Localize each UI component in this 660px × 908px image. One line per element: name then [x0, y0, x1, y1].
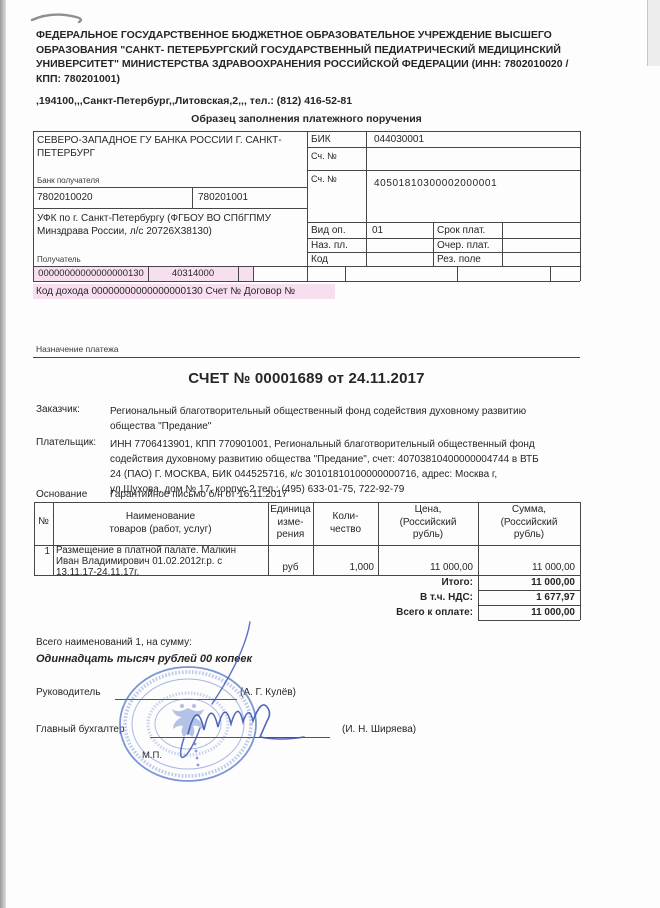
scan-pen-mark: [28, 8, 98, 30]
platelshik-text: ИНН 7706413901, КПП 770901001, Региональ…: [110, 437, 550, 497]
director-label: Руководитель: [36, 687, 100, 700]
org-name: ФЕДЕРАЛЬНОЕ ГОСУДАРСТВЕННОЕ БЮДЖЕТНОЕ ОБ…: [36, 28, 581, 86]
total-value-itogo: 11 000,00: [480, 577, 575, 590]
corr-acc-label: Сч. №: [311, 151, 337, 163]
col-header-price: Цена, (Российский рубль): [378, 504, 478, 542]
naznachenie-label: Назначение платежа: [36, 344, 119, 355]
bank-label: Банк получателя: [37, 176, 99, 186]
bik-value: 044030001: [374, 134, 424, 147]
scanned-invoice-page: ФЕДЕРАЛЬНОЕ ГОСУДАРСТВЕННОЕ БЮДЖЕТНОЕ ОБ…: [0, 0, 660, 908]
item-sum: 11 000,00: [478, 562, 575, 575]
naz-pl-label: Наз. пл.: [311, 240, 348, 253]
signature-ink: [100, 612, 420, 790]
osnovanie-text: Гарантийное письмо б/н от 16.11.2017: [110, 489, 287, 502]
zakazchik-label: Заказчик:: [36, 404, 80, 417]
item-unit: руб: [268, 562, 313, 575]
bik-label: БИК: [311, 134, 331, 147]
total-value-vsego: 11 000,00: [480, 607, 575, 620]
item-qty: 1,000: [313, 562, 374, 575]
bank-name: СЕВЕРО-ЗАПАДНОЕ ГУ БАНКА РОССИИ Г. САНКТ…: [37, 135, 299, 160]
col-header-sum: Сумма, (Российский рубль): [478, 504, 580, 542]
acc-value: 40501810300002000001: [374, 178, 497, 191]
zakazchik-text: Региональный благотворительный обществен…: [110, 404, 540, 434]
col-header-name: Наименование товаров (работ, услуг): [53, 510, 268, 536]
total-label-nds: В т.ч. НДС:: [300, 592, 473, 605]
rez-pole-label: Рез. поле: [437, 254, 481, 267]
platelshik-label: Плательщик:: [36, 437, 96, 450]
col-header-qty: Коли- чество: [313, 510, 378, 536]
ocher-plat-label: Очер. плат.: [437, 240, 490, 253]
org-address: ,194100,,,Санкт-Петербург,,Литовская,2,,…: [36, 95, 352, 108]
invoice-title: СЧЕТ № 00001689 от 24.11.2017: [33, 369, 580, 388]
payee-name: УФК по г. Санкт-Петербургу (ФГБОУ ВО СПб…: [37, 212, 302, 238]
col-header-unit: Единица изме- рения: [268, 504, 313, 542]
scan-edge-left: [0, 0, 6, 908]
item-name: Размещение в платной палате. Малкин Иван…: [56, 546, 244, 578]
osnovanie-label: Основание: [36, 489, 87, 502]
total-label-itogo: Итого:: [300, 577, 473, 590]
kpp-value: 780201001: [198, 192, 248, 205]
total-value-nds: 1 677,97: [480, 592, 575, 605]
oktmo-value: 40314000: [148, 268, 238, 280]
payee-label: Получатель: [37, 255, 81, 265]
kod-label: Код: [311, 254, 328, 267]
sample-title: Образец заполнения платежного поручения: [33, 113, 580, 126]
kbk-value: 00000000000000000130: [34, 268, 148, 280]
kod-dohoda-line: Код дохода 00000000000000000130 Счет № Д…: [36, 286, 295, 299]
vid-op-value: 01: [372, 225, 383, 238]
inn-value: 7802010020: [37, 192, 93, 205]
item-num: 1: [34, 546, 50, 559]
item-price: 11 000,00: [378, 562, 473, 575]
scan-corner-top-right: [647, 0, 660, 66]
vid-op-label: Вид оп.: [311, 225, 346, 238]
col-header-num: №: [34, 516, 53, 529]
acc-label: Сч. №: [311, 174, 337, 186]
srok-plat-label: Срок плат.: [437, 225, 485, 238]
